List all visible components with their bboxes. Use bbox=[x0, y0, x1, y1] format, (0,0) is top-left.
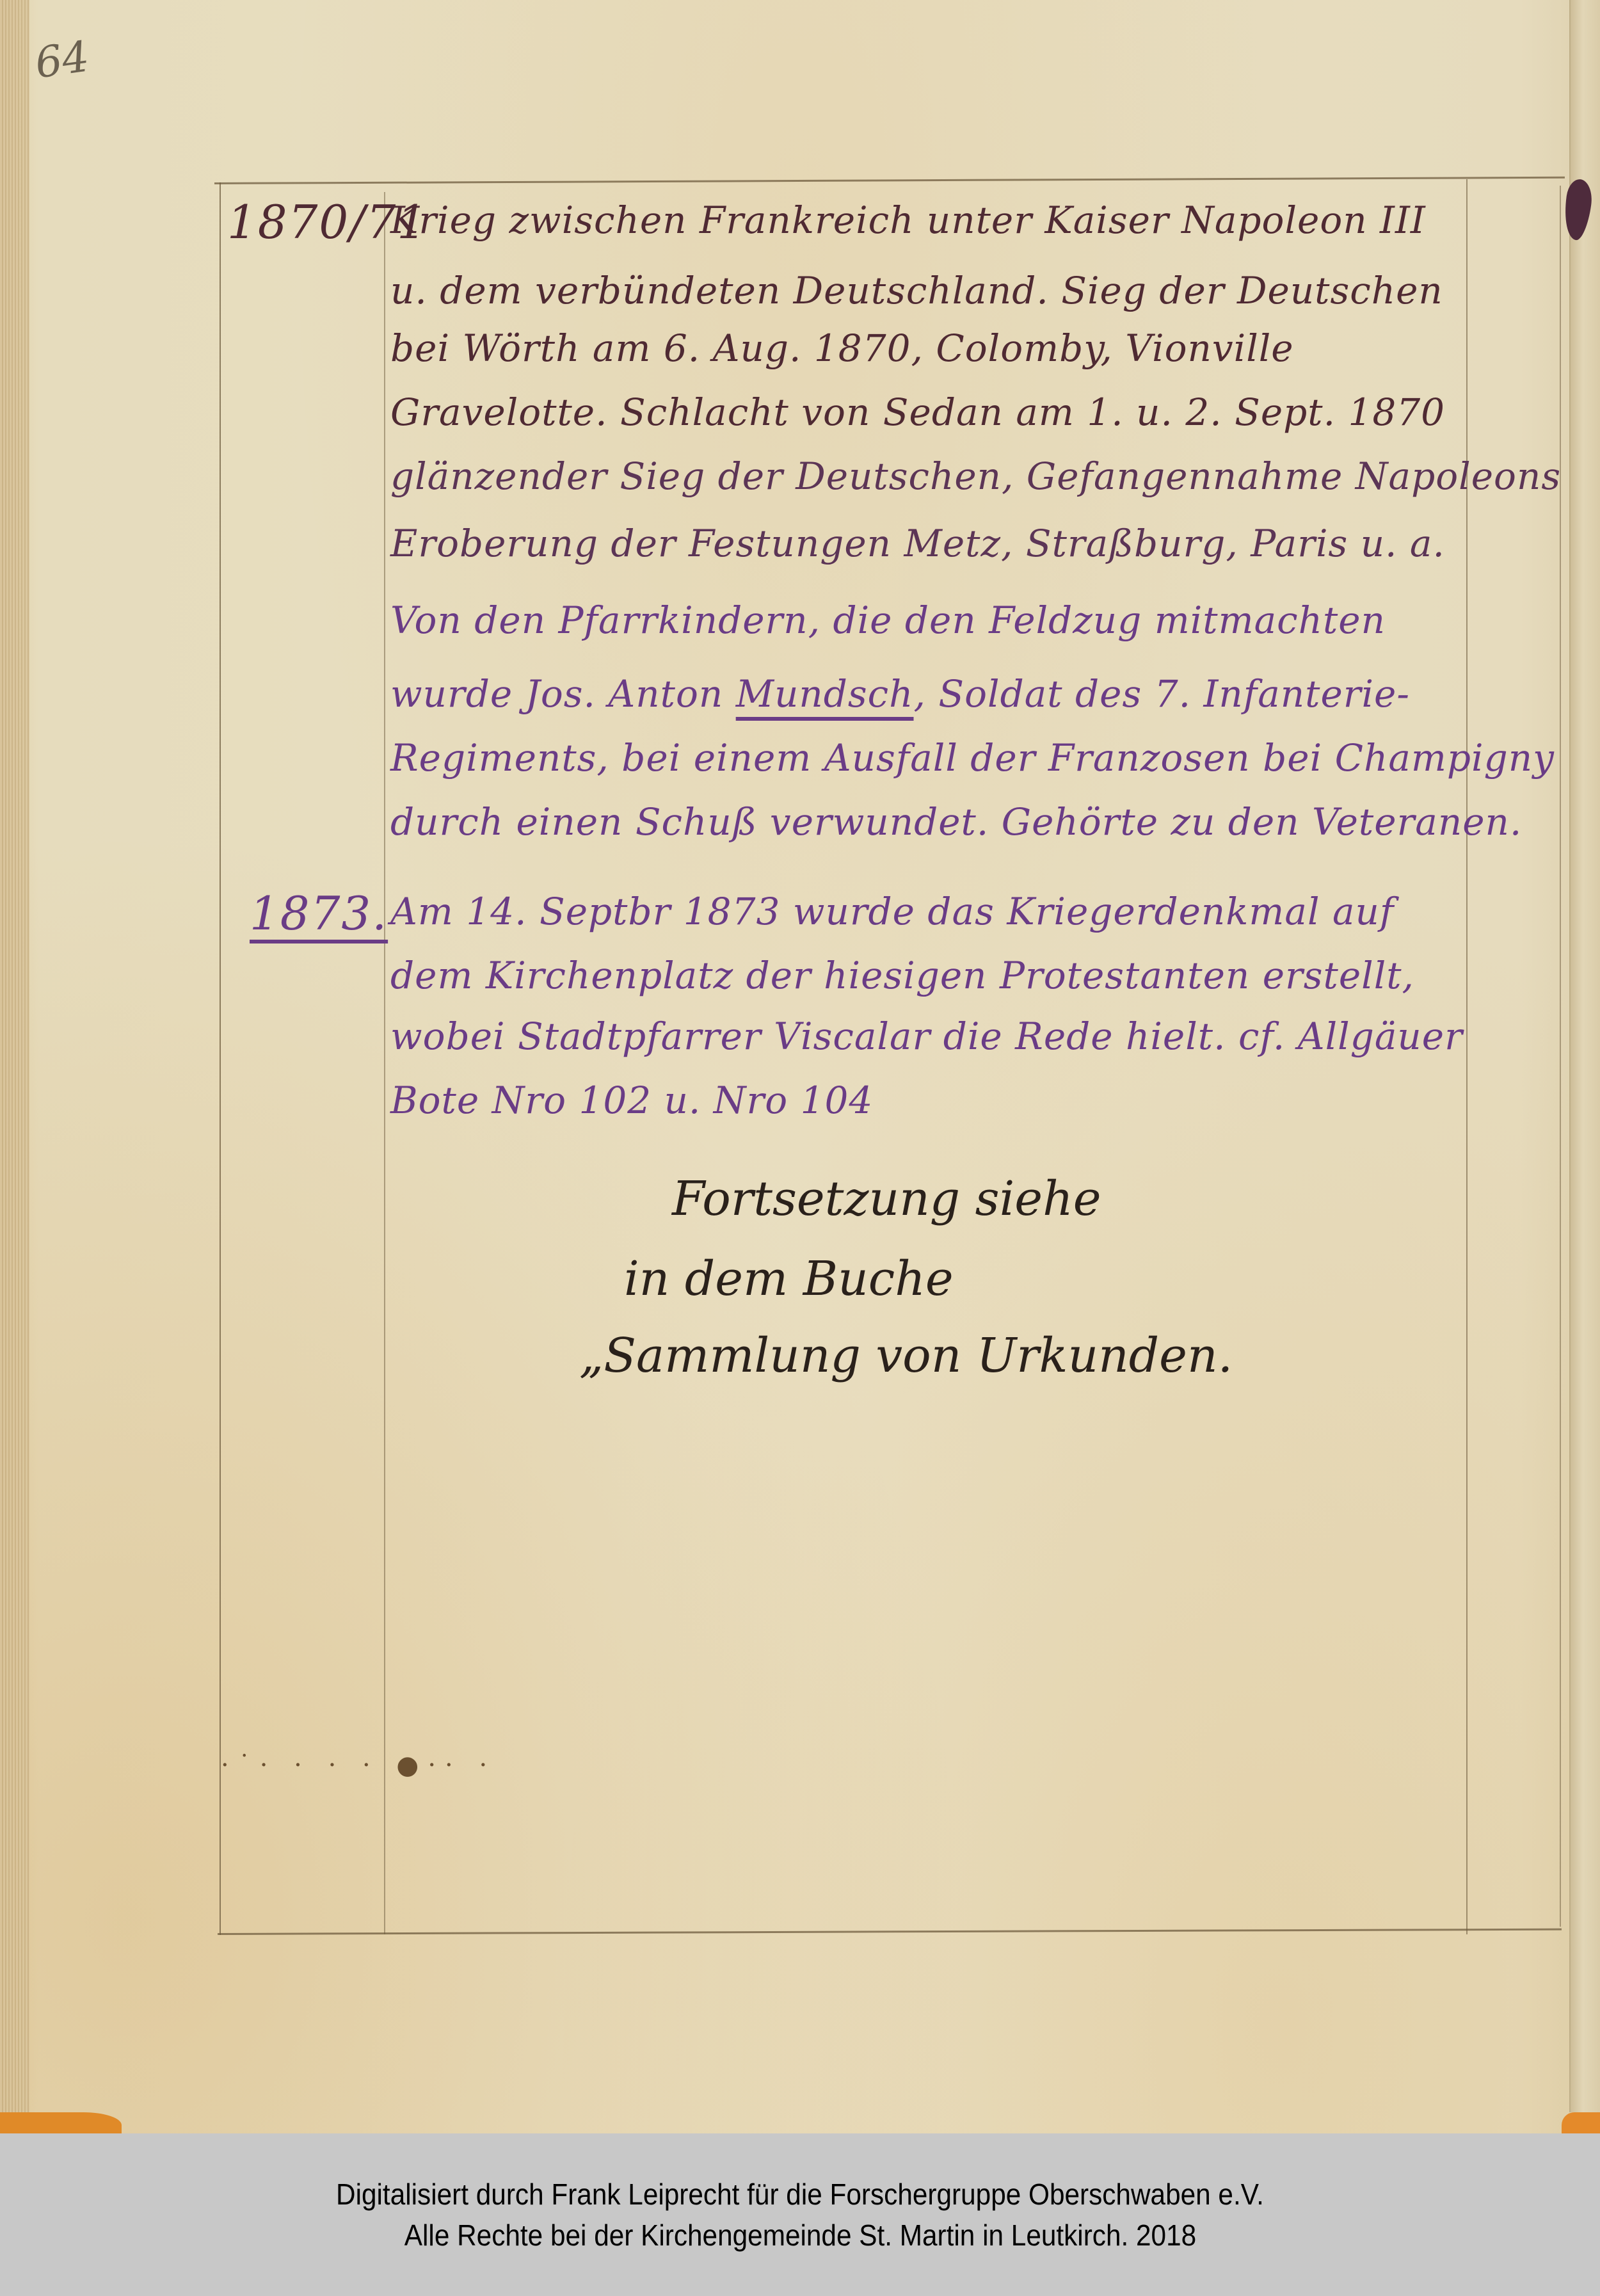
frame-left-rule bbox=[220, 182, 221, 1935]
entry-2-line-1: Am 14. Septbr 1873 wurde das Kriegerdenk… bbox=[390, 890, 1394, 933]
soldier-name: Mundsch bbox=[736, 672, 914, 716]
entry-2-line-2: dem Kirchenplatz der hiesigen Protestant… bbox=[390, 954, 1414, 997]
entry-year-1873: 1873. bbox=[250, 887, 388, 940]
background-orange-right bbox=[1562, 2112, 1600, 2133]
year-column-rule bbox=[384, 192, 385, 1934]
entry-1-line-6: Eroberung der Festungen Metz, Straßburg,… bbox=[390, 522, 1445, 565]
entry-2-line-3: wobei Stadtpfarrer Viscalar die Rede hie… bbox=[390, 1015, 1463, 1058]
entry-2-line-4: Bote Nro 102 u. Nro 104 bbox=[390, 1079, 873, 1122]
entry-1-line-8-start: wurde Jos. Anton bbox=[390, 672, 723, 716]
folio-number: 64 bbox=[32, 32, 92, 88]
closing-note-line-1: Fortsetzung siehe bbox=[672, 1171, 1101, 1226]
background-orange-left bbox=[0, 2112, 122, 2133]
copyright-footer: Digitalisiert durch Frank Leiprecht für … bbox=[0, 2133, 1600, 2296]
entry-1-line-5: glänzender Sieg der Deutschen, Gefangenn… bbox=[390, 454, 1561, 498]
entry-1-line-10: durch einen Schuß verwundet. Gehörte zu … bbox=[390, 800, 1522, 844]
outer-margin-rule bbox=[1560, 186, 1561, 1927]
book-right-edge bbox=[1569, 0, 1600, 2112]
entry-1-line-8: wurde Jos. Anton Mundsch, Soldat des 7. … bbox=[390, 672, 1410, 716]
page-stack-edge bbox=[0, 0, 29, 2133]
footer-rights-notice: Alle Rechte bei der Kirchengemeinde St. … bbox=[404, 2215, 1196, 2256]
entry-1-line-4: Gravelotte. Schlacht von Sedan am 1. u. … bbox=[390, 390, 1445, 434]
ink-specks: ·˙· · · · ●·· · bbox=[221, 1751, 496, 1780]
entry-1-line-8-rest: , Soldat des 7. Infanterie- bbox=[914, 672, 1410, 716]
entry-1-line-2: u. dem verbündeten Deutschland. Sieg der… bbox=[390, 269, 1443, 312]
entry-1-line-7: Von den Pfarrkindern, die den Feldzug mi… bbox=[390, 598, 1386, 642]
entry-1-line-1: Krieg zwischen Frankreich unter Kaiser N… bbox=[390, 198, 1426, 242]
frame-top-rule bbox=[214, 177, 1565, 184]
entry-1-line-3: bei Wörth am 6. Aug. 1870, Colomby, Vion… bbox=[390, 326, 1294, 370]
closing-note-line-3: „Sammlung von Urkunden. bbox=[579, 1328, 1233, 1383]
footer-digitization-credit: Digitalisiert durch Frank Leiprecht für … bbox=[336, 2174, 1264, 2215]
scanned-page: 64 1870/71 Krieg zwischen Frankreich unt… bbox=[0, 0, 1600, 2133]
text-column-right-rule bbox=[1466, 179, 1468, 1934]
entry-1-line-9: Regiments, bei einem Ausfall der Franzos… bbox=[390, 736, 1555, 780]
frame-bottom-rule bbox=[218, 1929, 1562, 1935]
closing-note-line-2: in dem Buche bbox=[624, 1251, 954, 1306]
